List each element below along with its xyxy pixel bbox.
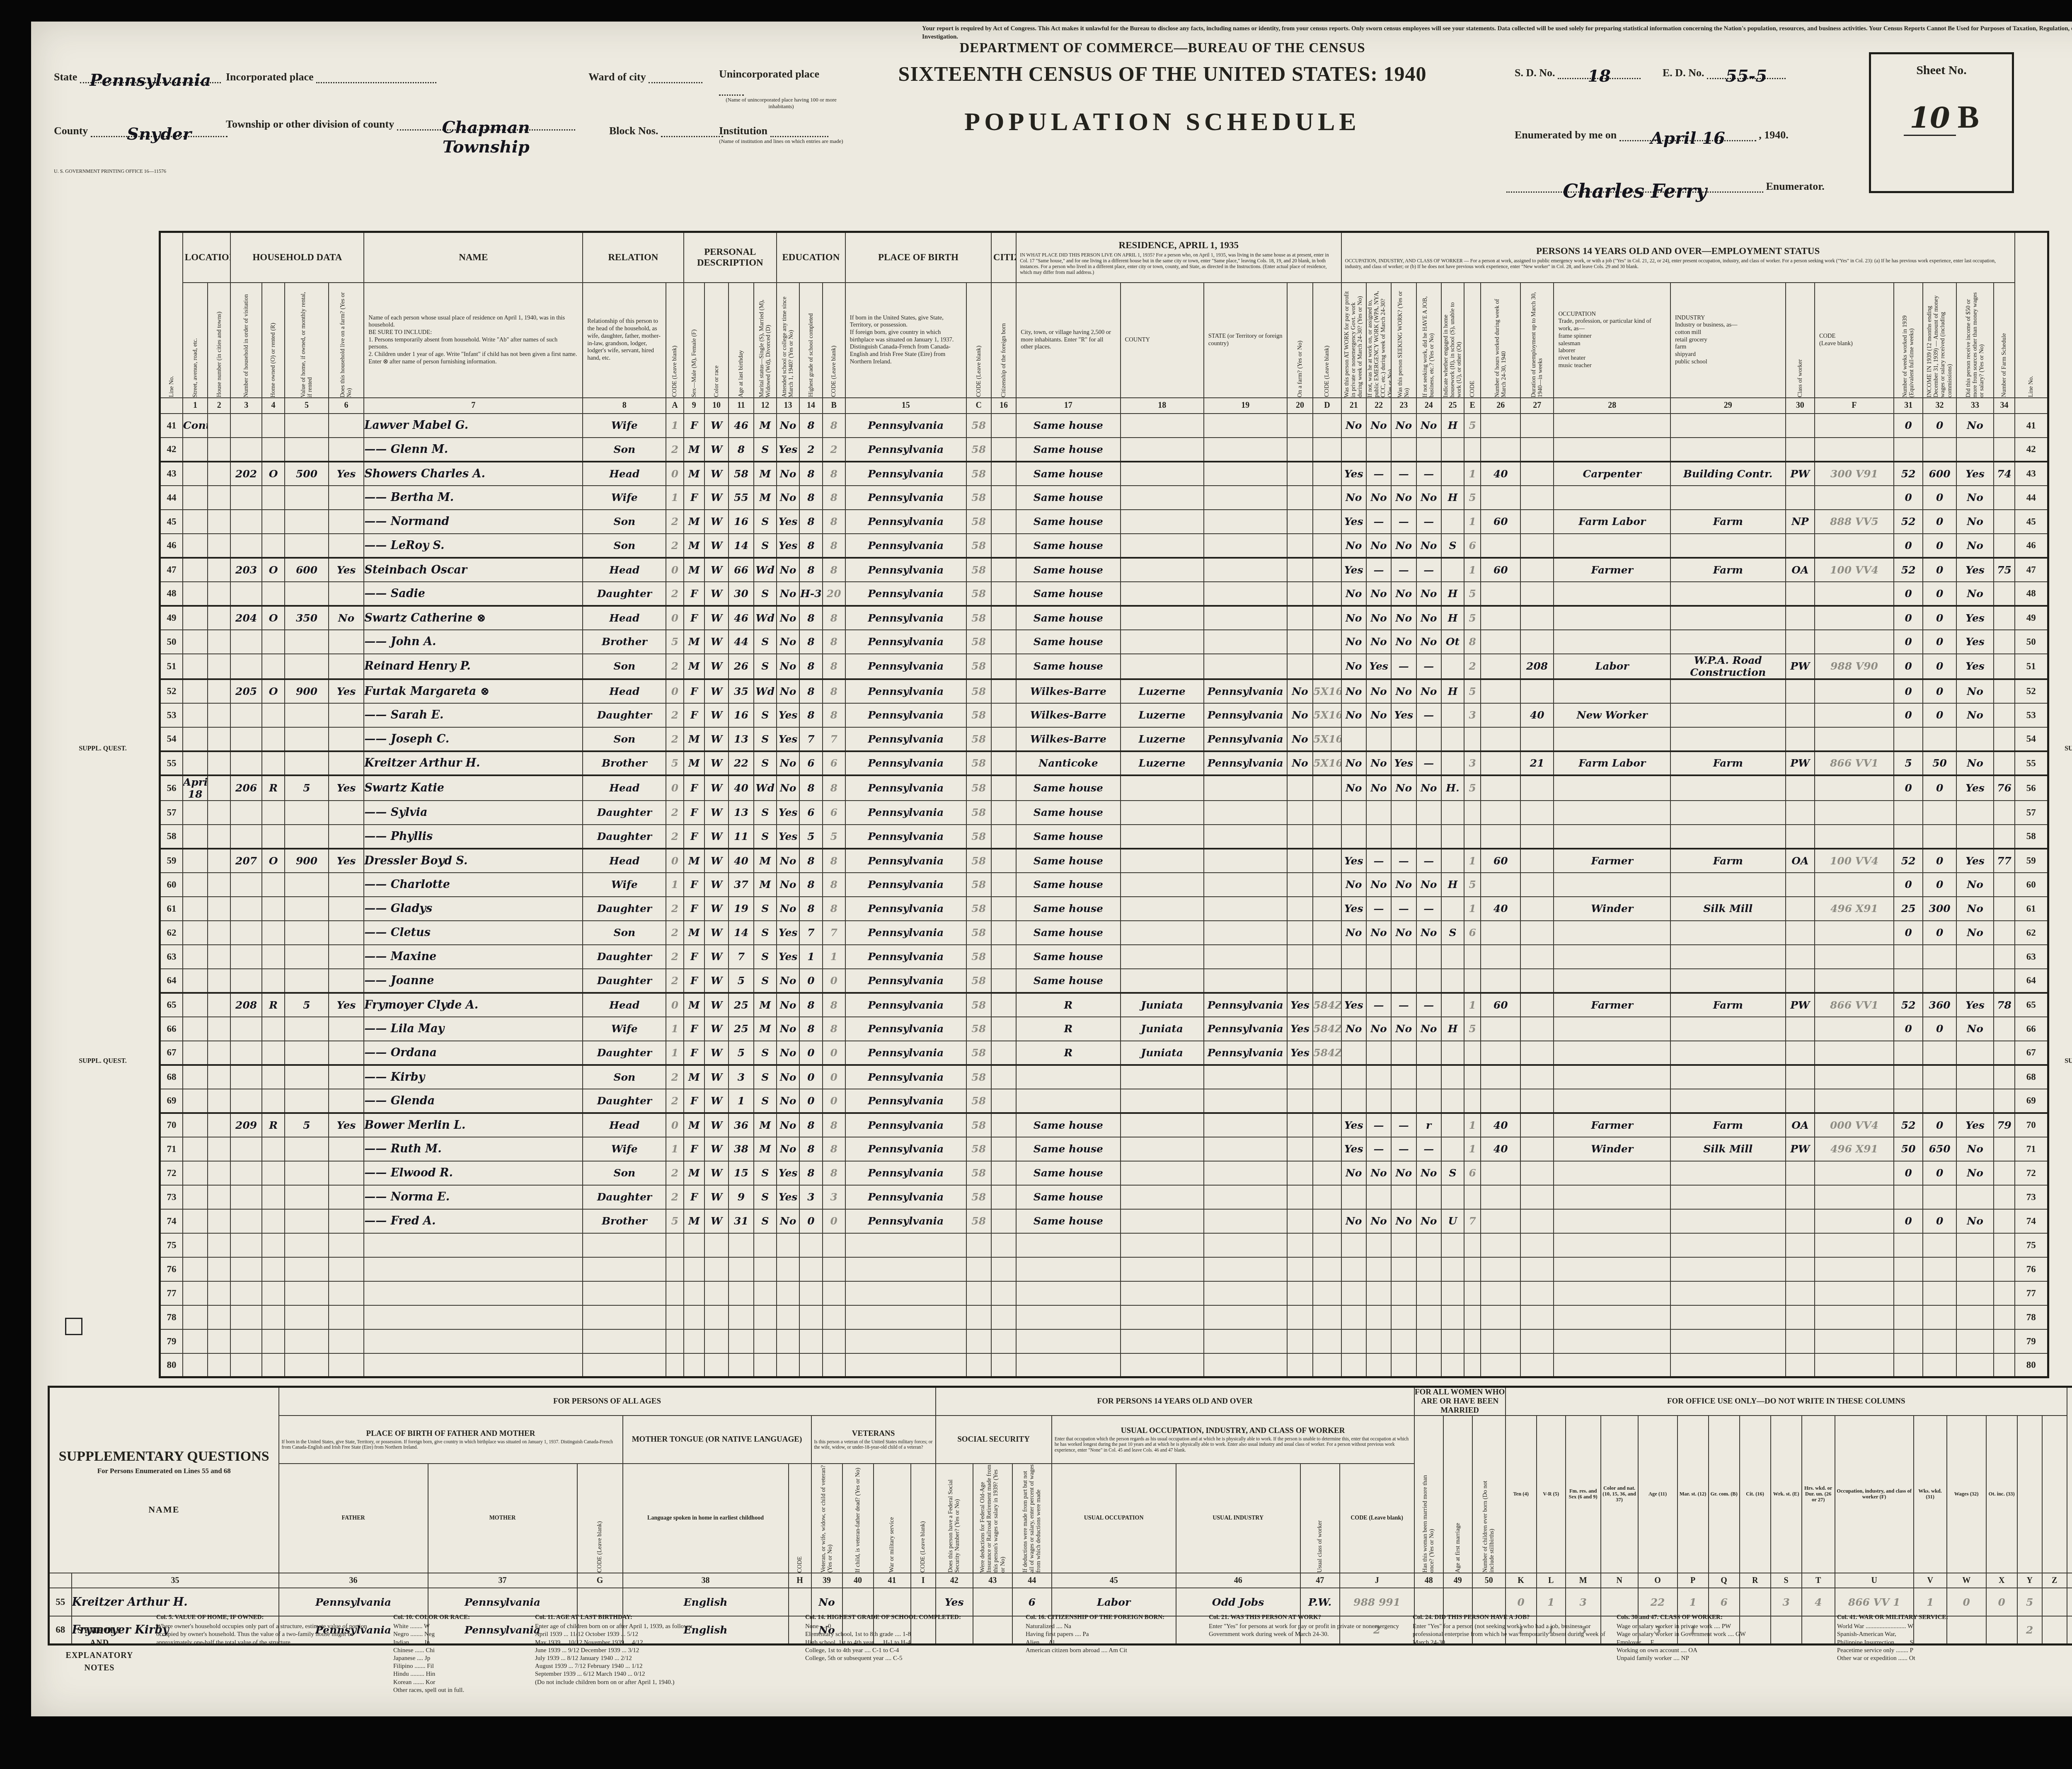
cell	[991, 921, 1016, 945]
cell: M	[684, 510, 704, 534]
vertical-label: Number of household in order of visitati…	[243, 294, 249, 397]
cell	[1481, 654, 1520, 679]
supp-col-number: 35	[72, 1573, 279, 1588]
cell: S	[754, 630, 777, 654]
cell	[1313, 534, 1341, 558]
line-number: 59	[2015, 849, 2048, 873]
cell	[991, 969, 1016, 993]
line-number: 66	[2015, 1017, 2048, 1041]
supp-col-number: 37	[428, 1573, 577, 1588]
line-number: 41	[160, 414, 183, 438]
cell	[262, 510, 285, 534]
cell	[991, 510, 1016, 534]
supp-col-number: K	[1506, 1573, 1537, 1588]
cell	[285, 703, 329, 727]
county-fill: Snyder	[91, 122, 228, 137]
cell	[230, 727, 261, 751]
cell	[1520, 414, 1554, 438]
enumerator-field: Charles Ferry Enumerator.	[1506, 177, 1825, 193]
cell	[262, 945, 285, 969]
cell	[230, 1233, 261, 1257]
cell	[1204, 897, 1287, 921]
cell	[285, 873, 329, 897]
cell: No	[1366, 630, 1391, 654]
cell	[1204, 582, 1287, 606]
line-number: 53	[160, 703, 183, 727]
cell	[183, 873, 208, 897]
cell: 46	[729, 414, 753, 438]
cell	[1341, 438, 1366, 462]
cell: W.P.A. Road Construction	[1670, 654, 1786, 679]
col-number: 1	[183, 398, 208, 414]
cell: 8	[799, 606, 822, 630]
cell: —	[1391, 993, 1416, 1017]
table-row: 74—— Fred A.Brother5MW31SNo00Pennsylvani…	[160, 1209, 2048, 1233]
supp-name-label: NAME	[50, 1504, 278, 1515]
cell: H.	[1441, 775, 1464, 801]
cell	[991, 1089, 1016, 1113]
cell: M	[684, 921, 704, 945]
table-row: 41ContdLawver Mabel G.Wife1FW46MNo88Penn…	[160, 414, 2048, 438]
cell: W	[704, 438, 729, 462]
group-5: EDUCATION	[777, 232, 845, 283]
cell	[1481, 1185, 1520, 1209]
cell	[966, 1353, 991, 1377]
cell	[583, 1329, 666, 1353]
cell	[1121, 606, 1204, 630]
cell	[1016, 1305, 1120, 1329]
cell	[991, 801, 1016, 825]
cell	[1786, 438, 1815, 462]
cell: 8	[823, 775, 845, 801]
supp-cell: 0	[1947, 1588, 1986, 1616]
cell	[1956, 1185, 1994, 1209]
supp-subgroup-title: PLACE OF BIRTH OF FATHER AND MOTHER	[279, 1428, 622, 1439]
cell	[1520, 1353, 1554, 1377]
supp-office-col: Hrs. wkd. or Dur. un. (26 or 27)	[1802, 1416, 1835, 1573]
cell	[583, 1353, 666, 1377]
cell	[230, 945, 261, 969]
cell	[991, 486, 1016, 510]
cell	[1786, 1209, 1815, 1233]
cell: R	[1016, 1017, 1120, 1041]
cell: Same house	[1016, 1113, 1120, 1137]
cell	[1287, 1161, 1313, 1185]
cell	[1554, 679, 1670, 703]
table-row: 69—— GlendaDaughter2FW1SNo00Pennsylvania…	[160, 1089, 2048, 1113]
line-number: 44	[2015, 486, 2048, 510]
cell	[1287, 1233, 1313, 1257]
vertical-label: Age at first marriage	[1455, 1523, 1461, 1573]
vertical-label: Sex—Male (M), Female (F)	[691, 329, 697, 397]
cell	[1994, 654, 2014, 679]
table-row: 8080	[160, 1353, 2048, 1377]
group-title: LOCATION	[183, 251, 230, 264]
cell: Farm	[1670, 558, 1786, 582]
col-number: 25	[1441, 398, 1464, 414]
cell	[1287, 582, 1313, 606]
cell	[183, 1017, 208, 1041]
note-title: Col. 5. VALUE OF HOME, IF OWNED:	[156, 1614, 388, 1621]
cell: No	[1341, 414, 1366, 438]
cell: S	[754, 825, 777, 849]
cell	[1670, 1161, 1786, 1185]
cell: 2	[666, 1065, 683, 1089]
col-number: 9	[684, 398, 704, 414]
cell: Wd	[754, 775, 777, 801]
cell: 44	[729, 630, 753, 654]
cell	[183, 630, 208, 654]
cell: 0	[1923, 775, 1956, 801]
cell	[230, 825, 261, 849]
cell	[1815, 438, 1894, 462]
table-row: 63—— MaxineDaughter2FW7SYes11Pennsylvani…	[160, 945, 2048, 969]
cell	[1287, 1281, 1313, 1305]
cell: Yes	[1341, 1113, 1366, 1137]
cell: 8	[823, 462, 845, 486]
vertical-label: Age at last birthday	[738, 350, 744, 397]
cell: 0	[799, 1209, 822, 1233]
note-2: Col. 11. AGE AT LAST BIRTHDAY:Enter age …	[535, 1614, 800, 1714]
cell: Daughter	[583, 582, 666, 606]
cell	[1341, 1089, 1366, 1113]
cell: W	[704, 510, 729, 534]
cell: No	[1956, 1161, 1994, 1185]
supp-detail-15: CODE (Leave blank)	[1340, 1464, 1414, 1573]
name-cell: Swartz Catherine ⊗	[364, 606, 583, 630]
cell	[991, 945, 1016, 969]
cell	[262, 969, 285, 993]
cell: No	[1341, 873, 1366, 897]
cell	[1204, 558, 1287, 582]
cell	[666, 1233, 683, 1257]
cell	[1815, 945, 1894, 969]
cell: 5	[729, 969, 753, 993]
name-cell: —— Elwood R.	[364, 1161, 583, 1185]
cell	[1956, 1305, 1994, 1329]
cell: 8	[799, 1017, 822, 1041]
cell: W	[704, 825, 729, 849]
supp-header: SUPPLEMENTARY QUESTIONSFor Persons Enume…	[49, 1387, 2072, 1588]
cell: 1	[666, 1041, 683, 1065]
cell: Pennsylvania	[845, 1137, 966, 1161]
cell	[1441, 1113, 1464, 1137]
note-body: None .... 0 Elementary school, 1st to 8t…	[805, 1623, 911, 1662]
cell	[1391, 1353, 1416, 1377]
supp-col-number: S	[1771, 1573, 1802, 1588]
cell: 0	[1923, 606, 1956, 630]
cell: Pennsylvania	[845, 534, 966, 558]
cell	[1481, 1329, 1520, 1353]
cell: H	[1441, 486, 1464, 510]
supp-title-cell: SUPPLEMENTARY QUESTIONSFor Persons Enume…	[49, 1387, 279, 1573]
line-number: 63	[2015, 945, 2048, 969]
enumerator-fill: Charles Ferry	[1506, 177, 1763, 193]
office-label: Cit. (16)	[1740, 1491, 1770, 1498]
cell: 5X16	[1313, 703, 1341, 727]
cell	[1313, 1209, 1341, 1233]
cell: No	[1391, 534, 1416, 558]
cell: W	[704, 897, 729, 921]
cell: S	[754, 897, 777, 921]
cell	[1554, 1041, 1670, 1065]
cell: 58	[966, 1161, 991, 1185]
cell	[1441, 1137, 1464, 1161]
cell	[1464, 1233, 1481, 1257]
supp-col-number: O	[1638, 1573, 1677, 1588]
cell	[285, 921, 329, 945]
cell	[208, 825, 230, 849]
col-desc-1: Street, avenue, road, etc.	[183, 283, 208, 398]
name-cell	[364, 1329, 583, 1353]
cell	[1121, 897, 1204, 921]
cell	[1121, 1329, 1204, 1353]
cell: 8	[799, 510, 822, 534]
name-cell: —— John A.	[364, 630, 583, 654]
col-desc-4: Home owned (O) or rented (R)	[262, 283, 285, 398]
cell: Pennsylvania	[845, 486, 966, 510]
cell: S	[754, 654, 777, 679]
cell	[704, 1305, 729, 1329]
cell	[230, 1305, 261, 1329]
supp-group-2: FOR ALL WOMEN WHO ARE OR HAVE BEEN MARRI…	[1414, 1387, 1506, 1416]
cell	[230, 1353, 261, 1377]
supp-office-col: Fm. res. and Sex (6 and 9)	[1566, 1416, 1601, 1573]
vertical-label: Color or race	[713, 365, 720, 397]
cell: Wilkes-Barre	[1016, 679, 1120, 703]
note-body: Where owner's household occupies only pa…	[156, 1623, 367, 1646]
cell: —	[1391, 510, 1416, 534]
cell: No	[1341, 606, 1366, 630]
vertical-label: Marital status—Single (S), Married (M), …	[758, 289, 772, 397]
supp-cell	[2042, 1588, 2067, 1616]
cell: 0	[823, 1041, 845, 1065]
col-number: 19	[1204, 398, 1287, 414]
line-number: 73	[160, 1185, 183, 1209]
cell: —	[1391, 462, 1416, 486]
cell: No	[1366, 1209, 1391, 1233]
cell: Daughter	[583, 1185, 666, 1209]
cell	[1520, 1257, 1554, 1281]
cell	[777, 1257, 799, 1281]
supp-women-col: Age at first marriage	[1443, 1416, 1472, 1573]
cell: Nanticoke	[1016, 751, 1120, 775]
line-number: 62	[160, 921, 183, 945]
cell	[1121, 1305, 1204, 1329]
cell	[1670, 1329, 1786, 1353]
cell: 58	[966, 945, 991, 969]
col-number: 22	[1366, 398, 1391, 414]
vertical-label: CODE (Leave blank)	[830, 346, 837, 397]
col-desc-7: Name of each person whose usual place of…	[364, 283, 583, 398]
cell	[183, 1257, 208, 1281]
cell: F	[684, 486, 704, 510]
cell: 0	[799, 1065, 822, 1089]
line-number: 45	[2015, 510, 2048, 534]
cell	[1994, 1065, 2014, 1089]
line-number: 54	[160, 727, 183, 751]
cell: Yes	[1287, 1017, 1313, 1041]
cell: Yes	[1287, 1041, 1313, 1065]
cell	[1287, 1209, 1313, 1233]
supp-col-number: 42	[936, 1573, 973, 1588]
cell	[1204, 1281, 1287, 1305]
cell	[991, 993, 1016, 1017]
cell	[1121, 486, 1204, 510]
cell: W	[704, 1113, 729, 1137]
cell	[1956, 801, 1994, 825]
supp-detail-8: CODE (Leave blank)	[911, 1464, 936, 1573]
table-row: 42—— Glenn M.Son2MW8SYes22Pennsylvania58…	[160, 438, 2048, 462]
sheet-letter: B	[1958, 99, 1979, 135]
cell: F	[684, 606, 704, 630]
cell	[1894, 945, 1923, 969]
cell	[1786, 630, 1815, 654]
cell	[991, 438, 1016, 462]
cell	[329, 969, 364, 993]
cell	[1441, 558, 1464, 582]
cell	[230, 510, 261, 534]
cell	[1016, 1065, 1120, 1089]
cell	[1016, 1233, 1120, 1257]
cell	[1204, 1161, 1287, 1185]
cell	[1204, 1329, 1287, 1353]
cell	[583, 1281, 666, 1305]
cell: No	[777, 1089, 799, 1113]
cell	[1554, 801, 1670, 825]
cell	[1520, 727, 1554, 751]
supp-col-number: Q	[1709, 1573, 1740, 1588]
supp-col-number: X	[1986, 1573, 2017, 1588]
name-cell: —— Charlotte	[364, 873, 583, 897]
cell	[183, 582, 208, 606]
supp-cell: Pennsylvania	[428, 1588, 577, 1616]
cell: 0	[666, 993, 683, 1017]
cell: Yes	[777, 825, 799, 849]
cell: Juniata	[1121, 1017, 1204, 1041]
cell	[1994, 1233, 2014, 1257]
cell	[1786, 1065, 1815, 1089]
cell	[230, 751, 261, 775]
cell	[1670, 873, 1786, 897]
cell: Yes	[777, 703, 799, 727]
cell	[1994, 969, 2014, 993]
cell	[208, 921, 230, 945]
cell	[183, 849, 208, 873]
enum-label: Enumerated by me on	[1515, 129, 1617, 141]
cell	[230, 873, 261, 897]
cell: No	[777, 873, 799, 897]
cell	[704, 1281, 729, 1305]
cell: Same house	[1016, 945, 1120, 969]
cell: 1	[666, 1017, 683, 1041]
cell: Son	[583, 654, 666, 679]
cell	[1204, 630, 1287, 654]
cell	[1554, 1329, 1670, 1353]
cell	[1313, 1329, 1341, 1353]
cell: 0	[823, 1089, 845, 1113]
cell: 1	[799, 945, 822, 969]
cell	[329, 1257, 364, 1281]
cell	[1554, 486, 1670, 510]
cell	[1520, 1137, 1554, 1161]
cell	[1786, 1305, 1815, 1329]
cell: —	[1416, 558, 1441, 582]
cell	[1287, 801, 1313, 825]
cell	[329, 654, 364, 679]
cell	[1121, 630, 1204, 654]
cell	[1313, 1257, 1341, 1281]
cell	[262, 1281, 285, 1305]
cell: Yes	[1341, 1137, 1366, 1161]
cell: 60	[1481, 558, 1520, 582]
cell: 2	[823, 438, 845, 462]
cell: S	[754, 1041, 777, 1065]
line-number: 73	[2015, 1185, 2048, 1209]
cell: Farmer	[1554, 1113, 1670, 1137]
cell: 0	[1894, 679, 1923, 703]
confidentiality-notice: Your report is required by Act of Congre…	[922, 25, 2072, 41]
cell: W	[704, 582, 729, 606]
cell: 496 X91	[1815, 1137, 1894, 1161]
cell	[1956, 825, 1994, 849]
col-number: 27	[1520, 398, 1554, 414]
supp-cell	[1414, 1588, 1443, 1616]
table-row: 47203O600YesSteinbach OscarHead0MW66WdNo…	[160, 558, 2048, 582]
ed-fill: 55-5	[1707, 64, 1786, 79]
cell: 0	[666, 606, 683, 630]
cell: No	[1956, 1209, 1994, 1233]
cell	[1786, 1353, 1815, 1377]
cell: Same house	[1016, 1185, 1120, 1209]
supp-subgroup-4: USUAL OCCUPATION, INDUSTRY, AND CLASS OF…	[1052, 1416, 1414, 1464]
cell	[1287, 921, 1313, 945]
note-title: Col. 24. DID THIS PERSON HAVE A JOB?	[1413, 1614, 1612, 1621]
cell	[1121, 582, 1204, 606]
cell: 600	[285, 558, 329, 582]
cell	[1786, 775, 1815, 801]
cell	[329, 703, 364, 727]
cell	[262, 1233, 285, 1257]
cell	[1287, 945, 1313, 969]
col-desc-13: Attended school or college any time sinc…	[777, 283, 799, 398]
cell	[1554, 582, 1670, 606]
symbols-notes-box: SYMBOLS AND EXPLANATORY NOTES	[48, 1614, 151, 1714]
cell: 58	[966, 534, 991, 558]
cell: 78	[1994, 993, 2014, 1017]
col-number: 17	[1016, 398, 1120, 414]
cell	[183, 969, 208, 993]
township-field: Township or other division of county Cha…	[226, 115, 591, 131]
cell	[183, 1353, 208, 1377]
line-number: 79	[2015, 1329, 2048, 1353]
cell	[1894, 1065, 1923, 1089]
cell	[1391, 1305, 1416, 1329]
cell: 35	[729, 679, 753, 703]
vertical-label: Does this person have a Federal Social S…	[947, 1464, 961, 1573]
cell	[285, 801, 329, 825]
vertical-label: Usual class of worker	[1317, 1520, 1323, 1573]
cell: No	[1391, 1209, 1416, 1233]
group-note: OCCUPATION, INDUSTRY, AND CLASS OF WORKE…	[1342, 257, 2014, 270]
cell: S	[754, 801, 777, 825]
cell	[1287, 1113, 1313, 1137]
line-number: 71	[2015, 1137, 2048, 1161]
line-number: 65	[2015, 993, 2048, 1017]
cell: S	[754, 703, 777, 727]
cell: —	[1366, 510, 1391, 534]
cell: 31	[729, 1209, 753, 1233]
